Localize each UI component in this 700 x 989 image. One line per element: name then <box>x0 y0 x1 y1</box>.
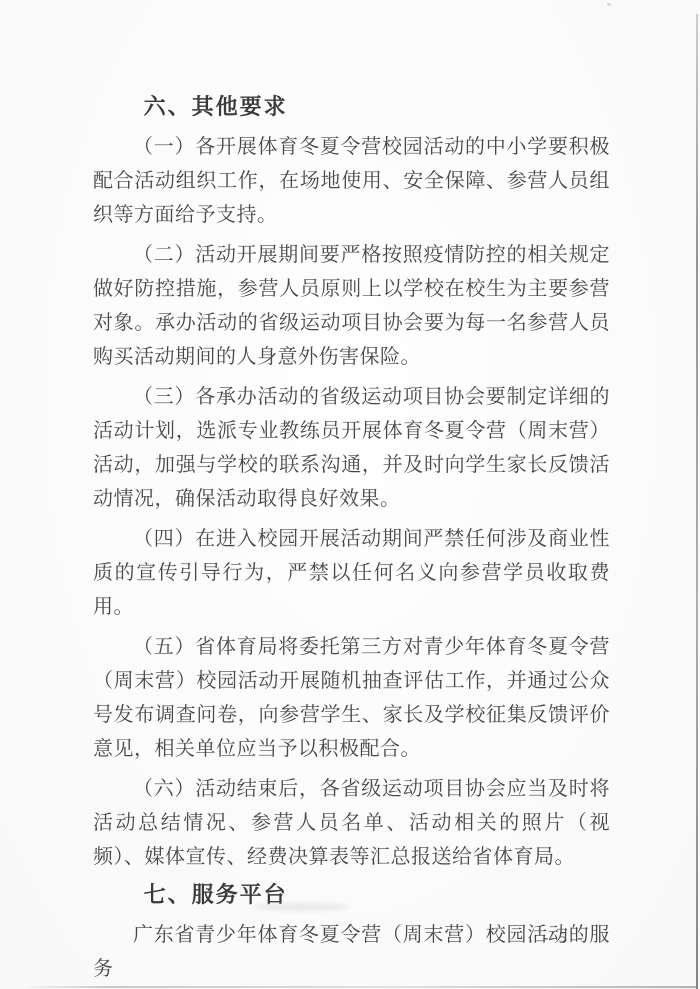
section-heading-service-platform: 七、服务平台 <box>93 880 610 910</box>
paragraph-item-5: （五）省体育局将委托第三方对青少年体育冬夏令营（周末营）校园活动开展随机抽查评估… <box>93 630 610 766</box>
scan-edge-vertical-line <box>696 14 698 989</box>
scan-speck-artifact <box>607 3 611 6</box>
paragraph-service-platform-intro: 广东省青少年体育冬夏令营（周末营）校园活动的服务 <box>93 918 610 986</box>
document-body: 六、其他要求 （一）各开展体育冬夏令营校园活动的中小学要积极配合活动组织工作，在… <box>93 92 610 989</box>
paragraph-item-4: （四）在进入校园开展活动期间严禁任何涉及商业性质的宣传引导行为，严禁以任何名义向… <box>93 522 610 624</box>
paragraph-item-6: （六）活动结束后，各省级运动项目协会应当及时将活动总结情况、参营人员名单、活动相… <box>93 772 610 874</box>
page-number: - 5 - <box>543 928 586 948</box>
paragraph-item-1: （一）各开展体育冬夏令营校园活动的中小学要积极配合活动组织工作，在场地使用、安全… <box>93 130 610 232</box>
scan-smudge-artifact <box>253 903 349 911</box>
scanned-document-page: 六、其他要求 （一）各开展体育冬夏令营校园活动的中小学要积极配合活动组织工作，在… <box>0 0 700 989</box>
section-heading-other-requirements: 六、其他要求 <box>93 92 610 122</box>
paragraph-item-2: （二）活动开展期间要严格按照疫情防控的相关规定做好防控措施，参营人员原则上以学校… <box>93 238 610 374</box>
paragraph-item-3: （三）各承办活动的省级运动项目协会要制定详细的活动计划，选派专业教练员开展体育冬… <box>93 380 610 516</box>
scan-edge-bottom-line <box>28 986 696 988</box>
